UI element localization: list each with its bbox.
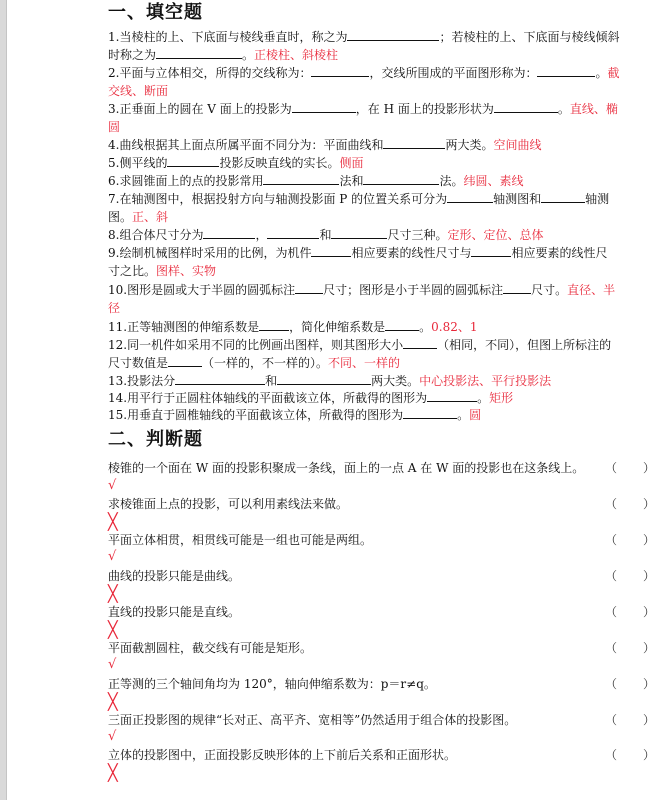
judge-item-2: 求棱锥面上点的投影，可以利用素线法来做。 （）	[108, 495, 653, 513]
question-text: 12.同一机件如采用不同的比例画出图样，则其图形大小	[108, 338, 403, 352]
question-text: 15.用垂直于圆椎轴线的平面截该立体，所截得的图形为	[108, 408, 403, 422]
judge-item-7: 正等测的三个轴间角均为 120°，轴向伸缩系数为：p＝r≠q。 （）	[108, 675, 653, 693]
cross-mark-icon: ╳	[108, 514, 118, 530]
question-text: 两大类。	[371, 374, 419, 388]
answer-blank	[311, 64, 369, 77]
answer-blank	[167, 154, 219, 167]
question-10-line-2: 径	[108, 299, 648, 317]
question-text: 和	[265, 374, 277, 388]
question-text: 7.在轴测图中，根据投射方向与轴测投影面 P 的位置关系可分为	[108, 192, 447, 206]
question-text: 11.正等轴测图的伸缩系数是	[108, 320, 259, 334]
answer-text: 中心投影法、平行投影法	[419, 374, 551, 388]
question-2-line-1: 2.平面与立体相交，所得的交线称为：，交线所围成的平面图形称为：。截	[108, 64, 648, 82]
answer-paren-right: ）	[643, 675, 655, 693]
answer-blank	[156, 46, 242, 59]
answer-text: 纬圆、素线	[463, 174, 523, 188]
question-text: 4.曲线根据其上面点所属平面不同分为：平面曲线和	[108, 138, 383, 152]
answer-blank	[383, 136, 445, 149]
page-edge-strip	[0, 0, 7, 800]
statement-text: 平面立体相贯，相贯线可能是一组也可能是两组。	[108, 533, 372, 547]
question-text: ，简化伸缩系数是	[289, 320, 385, 334]
cross-mark-icon: ╳	[108, 622, 118, 638]
question-1-line-2: 时称之为。正棱柱、斜棱柱	[108, 46, 648, 64]
question-11: 11.正等轴测图的伸缩系数是，简化伸缩系数是。0.82、1	[108, 318, 648, 336]
section-title-fill-blank: 一、填空题	[108, 0, 203, 26]
answer-blank	[494, 100, 558, 113]
judge-item-5: 直线的投影只能是直线。 （）	[108, 603, 653, 621]
answer-paren-left: （	[605, 675, 617, 693]
question-3-line-2: 圆	[108, 118, 648, 136]
answer-paren-right: ）	[643, 603, 655, 621]
question-3-line-1: 3.正垂面上的圆在 V 面上的投影为，在 H 面上的投影形状为。直线、椭	[108, 100, 648, 118]
answer-text: 图样、实物	[156, 264, 216, 278]
answer-blank	[503, 281, 531, 294]
question-text: ，交线所围成的平面图形称为：	[369, 66, 537, 80]
answer-blank	[267, 226, 319, 239]
question-text: （相同，不同），但图上所标注的	[437, 338, 611, 352]
answer-paren-right: ）	[643, 639, 655, 657]
question-text: 和	[319, 228, 331, 242]
answer-blank	[331, 226, 387, 239]
answer-paren-left: （	[605, 531, 617, 549]
question-6: 6.求圆锥面上的点的投影常用法和法。纬圆、素线	[108, 172, 648, 190]
question-7-line-1: 7.在轴测图中，根据投射方向与轴测投影面 P 的位置关系可分为轴测图和轴测	[108, 190, 648, 208]
question-10-line-1: 10.图形是圆或大于半圆的圆弧标注尺寸；图形是小于半圆的圆弧标注尺寸。直径、半	[108, 281, 648, 299]
statement-text: 平面截割圆柱，截交线有可能是矩形。	[108, 641, 312, 655]
section-title-true-false: 二、判断题	[108, 427, 203, 453]
judge-item-1: 棱锥的一个面在 W 面的投影积聚成一条线，面上的一点 A 在 W 面的投影也在这…	[108, 459, 653, 477]
judge-item-9: 立体的投影图中，正面投影反映形体的上下前后关系和正面形状。 （）	[108, 746, 653, 764]
answer-blank	[168, 354, 202, 367]
answer-paren-right: ）	[643, 495, 655, 513]
question-text: 时称之为	[108, 48, 156, 62]
question-15: 15.用垂直于圆椎轴线的平面截该立体，所截得的图形为。圆	[108, 406, 648, 424]
answer-blank	[385, 318, 419, 331]
answer-paren-left: （	[605, 746, 617, 764]
question-text: 14.用平行于正圆柱体轴线的平面截该立体，所截得的图形为	[108, 391, 427, 405]
answer-text: 空间曲线	[493, 138, 541, 152]
question-text: 。	[419, 320, 431, 334]
question-text: 法。	[439, 174, 463, 188]
answer-blank	[403, 406, 457, 419]
check-mark-icon: √	[108, 729, 116, 745]
question-text: 。	[595, 66, 607, 80]
answer-blank	[277, 372, 371, 385]
statement-text: 立体的投影图中，正面投影反映形体的上下前后关系和正面形状。	[108, 748, 456, 762]
answer-paren-right: ）	[643, 459, 655, 477]
question-8: 8.组合体尺寸分为，和尺寸三种。定形、定位、总体	[108, 226, 648, 244]
question-text: 尺寸。	[531, 283, 567, 297]
question-text: 轴测图和	[493, 192, 541, 206]
answer-paren-left: （	[605, 711, 617, 729]
statement-text: 求棱锥面上点的投影，可以利用素线法来做。	[108, 497, 348, 511]
answer-blank	[447, 190, 493, 203]
question-14: 14.用平行于正圆柱体轴线的平面截该立体，所截得的图形为。矩形	[108, 389, 648, 407]
answer-blank	[295, 281, 323, 294]
answer-text: 侧面	[339, 156, 363, 170]
question-4: 4.曲线根据其上面点所属平面不同分为：平面曲线和两大类。空间曲线	[108, 136, 648, 154]
answer-text: 正棱柱、斜棱柱	[254, 48, 338, 62]
answer-blank	[175, 372, 265, 385]
question-9-line-1: 9.绘制机械图样时采用的比例，为机件相应要素的线性尺寸与相应要素的线性尺	[108, 244, 648, 262]
answer-paren-left: （	[605, 459, 617, 477]
question-text: 3.正垂面上的圆在 V 面上的投影为	[108, 102, 292, 116]
question-13: 13.投影法分和两大类。中心投影法、平行投影法	[108, 372, 648, 390]
question-text: 。	[558, 102, 570, 116]
question-text: 6.求圆锥面上的点的投影常用	[108, 174, 263, 188]
answer-blank	[541, 190, 585, 203]
question-text: 13.投影法分	[108, 374, 175, 388]
answer-paren-left: （	[605, 495, 617, 513]
judge-item-3: 平面立体相贯，相贯线可能是一组也可能是两组。 （）	[108, 531, 653, 549]
question-text: 尺寸三种。	[387, 228, 447, 242]
question-text: ；若棱柱的上、下底面与棱线倾斜	[439, 30, 619, 44]
question-text: 尺寸；图形是小于半圆的圆弧标注	[323, 283, 503, 297]
check-mark-icon: √	[108, 657, 116, 673]
question-text: 图。	[108, 210, 132, 224]
answer-blank	[363, 172, 439, 185]
question-text: ，	[255, 228, 267, 242]
question-text: 相应要素的线性尺	[511, 246, 607, 260]
answer-blank	[403, 336, 437, 349]
answer-blank	[259, 318, 289, 331]
answer-paren-left: （	[605, 639, 617, 657]
judge-item-8: 三面正投影图的规律“长对正、高平齐、宽相等”仍然适用于组合体的投影图。 （）	[108, 711, 653, 729]
answer-paren-right: ）	[643, 531, 655, 549]
answer-text: 径	[108, 301, 120, 315]
question-2-line-2: 交线、断面	[108, 82, 648, 100]
answer-paren-left: （	[605, 603, 617, 621]
question-text: 轴测	[585, 192, 609, 206]
answer-text: 不同、一样的	[328, 356, 400, 370]
question-7-line-2: 图。正、斜	[108, 208, 648, 226]
question-text: 9.绘制机械图样时采用的比例，为机件	[108, 246, 311, 260]
answer-blank	[471, 244, 511, 257]
answer-blank	[427, 389, 477, 402]
cross-mark-icon: ╳	[108, 765, 118, 781]
question-1-line-1: 1.当棱柱的上、下底面与棱线垂直时，称之为；若棱柱的上、下底面与棱线倾斜	[108, 28, 648, 46]
answer-paren-right: ）	[643, 711, 655, 729]
judge-item-6: 平面截割圆柱，截交线有可能是矩形。 （）	[108, 639, 653, 657]
question-text: 8.组合体尺寸分为	[108, 228, 203, 242]
answer-paren-left: （	[605, 567, 617, 585]
question-text: 两大类。	[445, 138, 493, 152]
answer-text: 交线、断面	[108, 84, 168, 98]
answer-blank	[537, 64, 595, 77]
question-text: 法和	[339, 174, 363, 188]
question-text: 1.当棱柱的上、下底面与棱线垂直时，称之为	[108, 30, 347, 44]
answer-blank	[263, 172, 339, 185]
question-5: 5.侧平线的投影反映直线的实长。侧面	[108, 154, 648, 172]
question-text: 。	[457, 408, 469, 422]
answer-paren-right: ）	[643, 567, 655, 585]
cross-mark-icon: ╳	[108, 694, 118, 710]
statement-text: 棱锥的一个面在 W 面的投影积聚成一条线，面上的一点 A 在 W 面的投影也在这…	[108, 461, 584, 475]
answer-text: 直线、椭	[570, 102, 618, 116]
question-text: 。	[242, 48, 254, 62]
question-text: （一样的，不一样的）。	[202, 356, 328, 370]
question-12-line-2: 尺寸数值是（一样的，不一样的）。不同、一样的	[108, 354, 648, 372]
check-mark-icon: √	[108, 478, 116, 494]
answer-text: 圆	[469, 408, 481, 422]
question-text: 投影反映直线的实长。	[219, 156, 339, 170]
question-text: 相应要素的线性尺寸与	[351, 246, 471, 260]
answer-text: 0.82、1	[431, 320, 477, 334]
answer-text: 正、斜	[132, 210, 168, 224]
statement-text: 三面正投影图的规律“长对正、高平齐、宽相等”仍然适用于组合体的投影图。	[108, 713, 516, 727]
question-text: 2.平面与立体相交，所得的交线称为：	[108, 66, 311, 80]
answer-text: 定形、定位、总体	[448, 228, 544, 242]
question-text: 。	[477, 391, 489, 405]
answer-text: 矩形	[489, 391, 513, 405]
question-text: 5.侧平线的	[108, 156, 167, 170]
check-mark-icon: √	[108, 549, 116, 565]
question-text: 10.图形是圆或大于半圆的圆弧标注	[108, 283, 295, 297]
cross-mark-icon: ╳	[108, 586, 118, 602]
question-text: 寸之比。	[108, 264, 156, 278]
answer-paren-right: ）	[643, 746, 655, 764]
answer-blank	[203, 226, 255, 239]
statement-text: 直线的投影只能是直线。	[108, 605, 240, 619]
answer-text: 圆	[108, 120, 120, 134]
judge-item-4: 曲线的投影只能是曲线。 （）	[108, 567, 653, 585]
statement-text: 曲线的投影只能是曲线。	[108, 569, 240, 583]
question-9-line-2: 寸之比。图样、实物	[108, 262, 648, 280]
question-text: 尺寸数值是	[108, 356, 168, 370]
statement-text: 正等测的三个轴间角均为 120°，轴向伸缩系数为：p＝r≠q。	[108, 677, 436, 691]
answer-blank	[347, 28, 439, 41]
answer-text: 直径、半	[567, 283, 615, 297]
answer-blank	[292, 100, 356, 113]
answer-text: 截	[607, 66, 619, 80]
question-12-line-1: 12.同一机件如采用不同的比例画出图样，则其图形大小（相同，不同），但图上所标注…	[108, 336, 648, 354]
question-text: ，在 H 面上的投影形状为	[356, 102, 494, 116]
answer-blank	[311, 244, 351, 257]
